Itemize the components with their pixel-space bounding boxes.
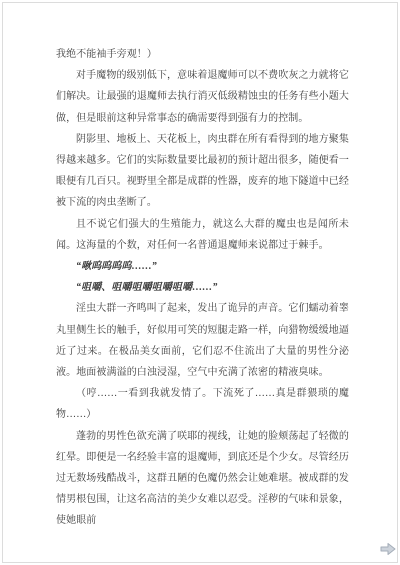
- paragraph: 且不说它们强大的生殖能力，就这么大群的魔虫也是闻所未闻。这海量的个数，对任何一名…: [56, 214, 349, 256]
- next-page-arrow-icon: [379, 541, 397, 557]
- paragraph: 我绝不能袖手旁观！）: [56, 44, 349, 65]
- paragraph: 阴影里、地板上、天花板上，肉虫群在所有看得到的地方聚集得越来越多。它们的实际数量…: [56, 129, 349, 214]
- ebook-page: 我绝不能袖手旁观！）对手魔物的级别低下，意味着退魔师可以不费吹灰之力就将它们解决…: [0, 0, 400, 565]
- sound-effect-line: “啾呜呜呜呜……”: [56, 256, 349, 277]
- paragraph: 淫虫大群一齐鸣叫了起来，发出了诡异的声音。它们蠕动着睾丸里侧生长的触手，好似用可…: [56, 298, 349, 383]
- next-page-button[interactable]: [379, 541, 397, 557]
- text-block: 我绝不能袖手旁观！）对手魔物的级别低下，意味着退魔师可以不费吹灰之力就将它们解决…: [56, 44, 349, 532]
- paragraph: 对手魔物的级别低下，意味着退魔师可以不费吹灰之力就将它们解决。让最强的退魔师去执…: [56, 65, 349, 129]
- sound-effect-line: “咀嚼、咀嚼咀嚼咀嚼咀嚼……”: [56, 277, 349, 298]
- paragraph: 蓬勃的男性色欲充满了咲耶的视线，让她的脸颊荡起了轻微的红晕。即便是一名经验丰富的…: [56, 426, 349, 532]
- paragraph: （哼……一看到我就发情了。下流死了……真是群猥琐的魔物……）: [56, 383, 349, 425]
